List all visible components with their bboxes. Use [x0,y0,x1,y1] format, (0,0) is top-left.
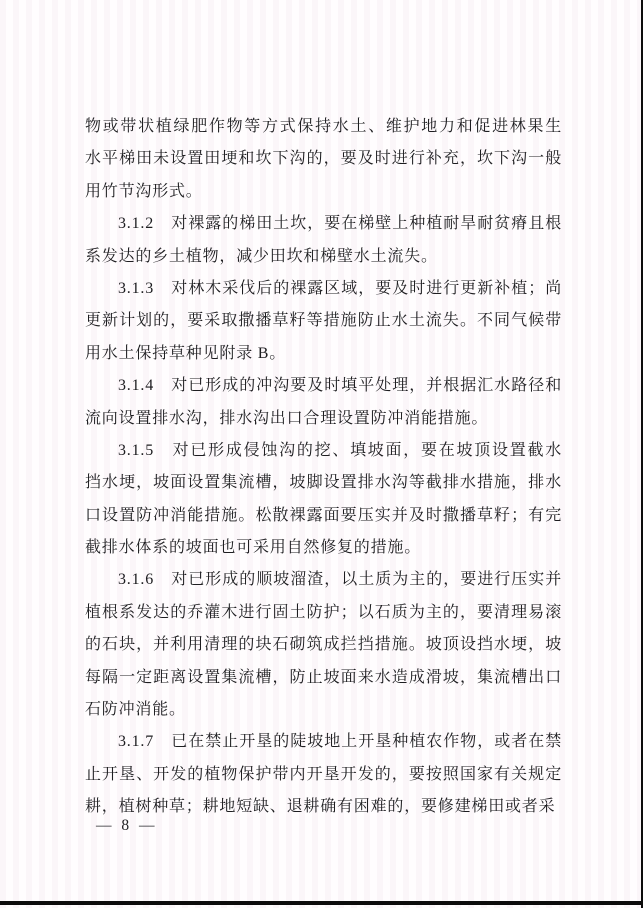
text-line: 截排水体系的坡面也可采用自然修复的措施。 [85,532,562,564]
scanned-document-screenshot: { "document": { "kind": "scanned standar… [0,0,643,908]
paragraph-3.1.5: 3.1.5 对已形成侵蚀沟的挖、填坡面，要在坡顶设置截水沟、挡水埂，坡面设置集流… [85,435,562,565]
text-line: 3.1.7 已在禁止开垦的陡坡地上开垦种植农作物，或者在禁 [85,726,562,758]
text-line: 3.1.2 对裸露的梯田土坎，要在梯壁上种植耐旱耐贫瘠且根 [85,208,562,240]
text-line: 3.1.4 对已形成的冲沟要及时填平处理，并根据汇水路径和 [85,370,562,402]
text-line: 用竹节沟形式。 [85,176,562,208]
text-line: 用水土保持草种见附录 B。 [85,338,562,370]
text-line: 每隔一定距离设置集流槽，防止坡面来水造成滑坡，集流槽出口抛 [85,662,562,694]
document-text-block: 物或带状植绿肥作物等方式保持水土、维护地力和促进林果生长。水平梯田未设置田埂和坎… [85,111,562,824]
scan-edge-bottom-line [0,901,643,905]
text-line: 3.1.3 对林木采伐后的裸露区域，要及时进行更新补植；尚无 [85,273,562,305]
text-line: 更新计划的，要采取撒播草籽等措施防止水土流失。不同气候带常 [85,305,562,337]
text-line: 系发达的乡土植物，减少田坎和梯壁水土流失。 [85,241,562,273]
text-line: 物或带状植绿肥作物等方式保持水土、维护地力和促进林果生长。 [85,111,562,143]
text-line: 植根系发达的乔灌木进行固土防护；以石质为主的，要清理易滚动 [85,597,562,629]
paragraph-3.1.3: 3.1.3 对林木采伐后的裸露区域，要及时进行更新补植；尚无更新计划的，要采取撒… [85,273,562,370]
text-line: 流向设置排水沟，排水沟出口合理设置防冲消能措施。 [85,403,562,435]
document-page: 物或带状植绿肥作物等方式保持水土、维护地力和促进林果生长。水平梯田未设置田埂和坎… [0,0,643,908]
paragraph-3.1.6: 3.1.6 对已形成的顺坡溜渣，以土质为主的，要进行压实并栽植根系发达的乔灌木进… [85,564,562,726]
text-line: 3.1.5 对已形成侵蚀沟的挖、填坡面，要在坡顶设置截水沟、 [85,435,562,467]
paragraph-3.1.4: 3.1.4 对已形成的冲沟要及时填平处理，并根据汇水路径和流向设置排水沟，排水沟… [85,370,562,435]
text-line: 挡水埂，坡面设置集流槽，坡脚设置排水沟等截排水措施，排水出 [85,467,562,499]
text-line: 的石块，并利用清理的块石砌筑成拦挡措施。坡顶设挡水埂，坡面 [85,629,562,661]
paragraph-3.1.2: 3.1.2 对裸露的梯田土坎，要在梯壁上种植耐旱耐贫瘠且根系发达的乡土植物，减少… [85,208,562,273]
text-line: 止开垦、开发的植物保护带内开垦开发的，要按照国家有关规定退 [85,759,562,791]
text-line: 3.1.6 对已形成的顺坡溜渣，以土质为主的，要进行压实并栽 [85,564,562,596]
text-line: 石防冲消能。 [85,694,562,726]
paragraph-continuation: 物或带状植绿肥作物等方式保持水土、维护地力和促进林果生长。水平梯田未设置田埂和坎… [85,111,562,208]
text-line: 口设置防冲消能措施。松散裸露面要压实并及时撒播草籽；有完善 [85,500,562,532]
text-line: 水平梯田未设置田埂和坎下沟的，要及时进行补充，坎下沟一般采 [85,143,562,175]
paragraph-3.1.7: 3.1.7 已在禁止开垦的陡坡地上开垦种植农作物，或者在禁止开垦、开发的植物保护… [85,726,562,823]
page-number: — 8 — [96,814,158,838]
